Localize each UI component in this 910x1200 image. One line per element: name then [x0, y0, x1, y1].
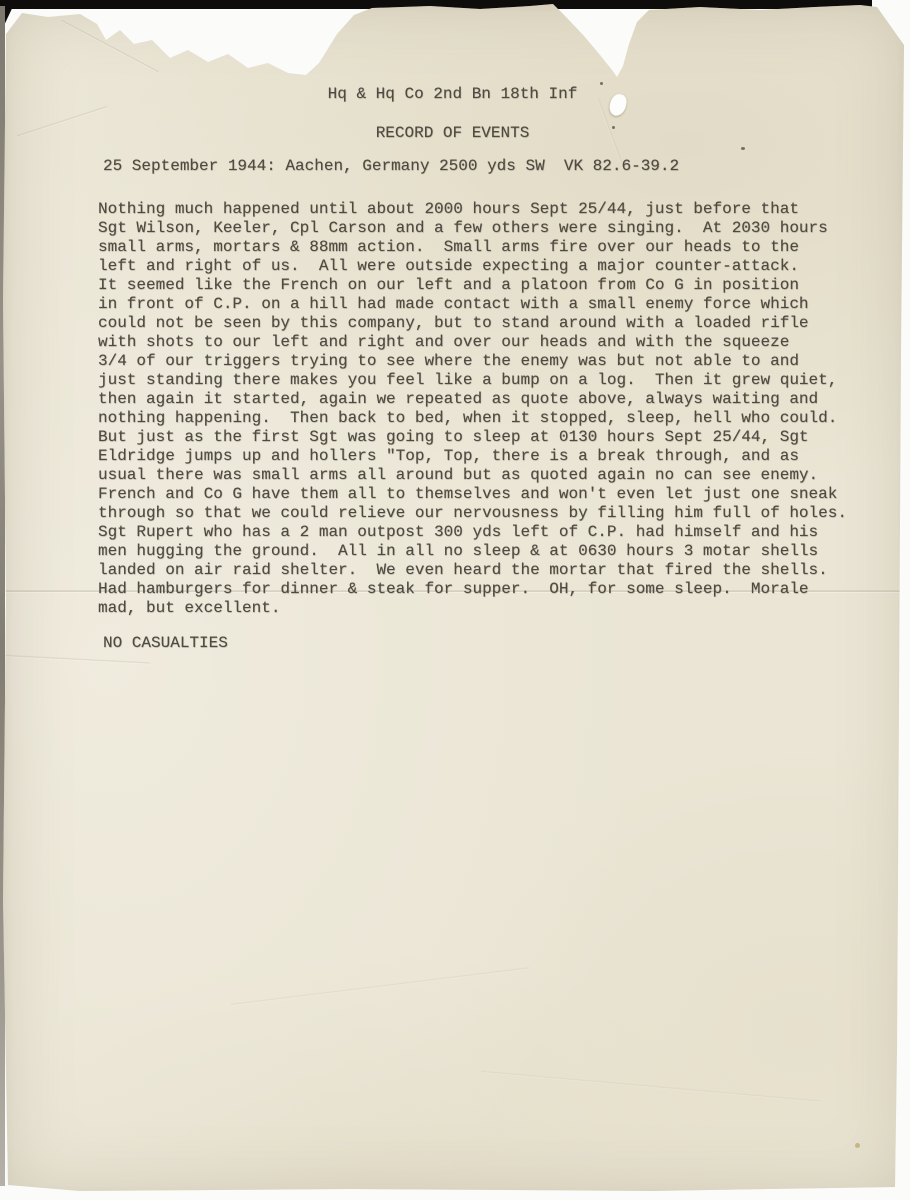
casualties-line: NO CASUALTIES	[103, 634, 228, 653]
crease-below-tear	[597, 98, 624, 165]
crease-bottom-1	[231, 967, 529, 1007]
scan-background: Hq & Hq Co 2nd Bn 18th Inf RECORD OF EVE…	[0, 0, 910, 1200]
ink-speck	[741, 147, 745, 150]
record-of-events-title: RECORD OF EVENTS	[0, 124, 905, 143]
ink-speck	[600, 82, 603, 85]
stain-dot	[855, 1143, 860, 1148]
tear-pinhole	[608, 93, 628, 118]
ink-speck	[612, 126, 615, 129]
crease-bottom-2	[481, 1070, 820, 1103]
body-text: Nothing much happened until about 2000 h…	[98, 200, 847, 618]
crease-top-left-1	[61, 19, 160, 73]
dateline: 25 September 1944: Aachen, Germany 2500 …	[103, 157, 679, 176]
crease-left-mid	[0, 654, 150, 665]
crease-top-left-2	[17, 105, 108, 137]
scanner-left-edge-strip	[0, 6, 5, 1186]
fold-crease-horizontal	[0, 590, 905, 593]
unit-heading: Hq & Hq Co 2nd Bn 18th Inf	[0, 85, 905, 104]
document-page: Hq & Hq Co 2nd Bn 18th Inf RECORD OF EVE…	[0, 0, 910, 1200]
